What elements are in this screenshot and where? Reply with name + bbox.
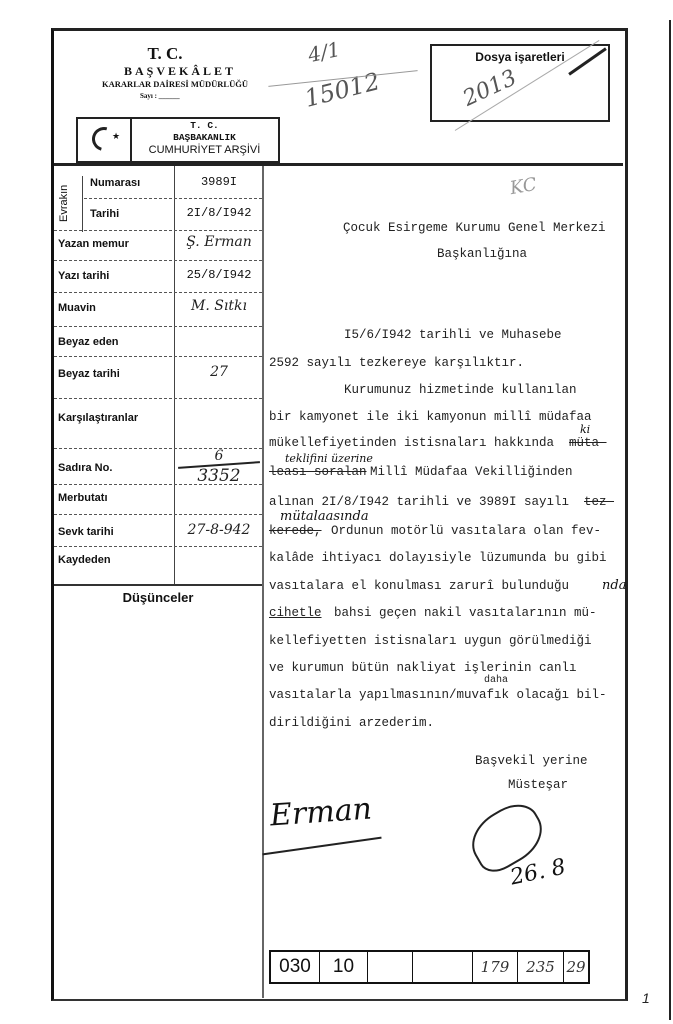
handwritten-insertion: ki (580, 423, 590, 436)
star-icon: ★ (112, 131, 120, 142)
form-label: Sevk tarihi (58, 526, 114, 538)
letter-line: I5/6/I942 tarihli ve Muhasebe (269, 328, 562, 342)
form-value: 27 (176, 364, 262, 380)
header-office: BAŞVEKÂLET (90, 64, 270, 79)
recipient-line-1: Çocuk Esirgeme Kurumu Genel Merkezi (343, 221, 606, 235)
page-number: 1 (642, 990, 650, 1006)
struck-text: leası soralan (269, 465, 367, 479)
form-label: Karşılaştıranlar (58, 412, 138, 424)
header-department: KARARLAR DAİRESİ MÜDÜRLÜĞÜ (80, 79, 270, 89)
header-sayi: Sayı : ______ (140, 92, 230, 100)
form-row-divider (54, 230, 262, 231)
signature-left: Erman (269, 791, 373, 833)
adjacent-page-edge (669, 20, 671, 1020)
stamp-line-3: CUMHURİYET ARŞİVİ (132, 144, 277, 156)
header-tc: T. C. (140, 44, 190, 64)
thoughts-divider (54, 584, 262, 586)
archive-code-cell: 235 (518, 952, 564, 982)
struck-text: kerede, (269, 524, 322, 538)
letter-line: Kurumunuz hizmetinde kullanılan (269, 383, 577, 397)
letter-line: kalâde ihtiyacı dolayısiyle lüzumunda bu… (269, 551, 607, 565)
typed-insertion: daha (484, 675, 508, 686)
letter-line: mükellefiyetinden istisnaları hakkında (269, 436, 554, 450)
form-value: 2I/8/I942 (176, 206, 262, 220)
form-value: 3989I (176, 175, 262, 189)
form-value: 27-8-942 (176, 522, 262, 538)
letter-line: ve kurumun bütün nakliyat işlerinin canl… (269, 661, 577, 675)
form-value: Ş. Erman (176, 234, 262, 250)
signoff-line-1: Başvekil yerine (475, 754, 588, 768)
archive-code-cell: 179 (473, 952, 518, 982)
form-label: Muavin (58, 302, 96, 314)
file-marks-handwriting: 2013 (459, 65, 520, 111)
form-label: Sadıra No. (58, 462, 112, 474)
letter-line: bahsi geçen nakil vasıtalarının mü- (334, 606, 597, 620)
form-label: Beyaz tarihi (58, 368, 120, 380)
handwritten-insertion: nda (602, 578, 626, 593)
handwritten-insertion: teklifini üzerine (285, 452, 373, 465)
form-value: 25/8/I942 (176, 268, 262, 282)
struck-text: müta- (569, 436, 607, 450)
letter-line: bir kamyonet ile iki kamyonun millî müda… (269, 410, 592, 424)
letter-line: vasıtalarla yapılmasının/muvafık olacağı… (269, 688, 607, 702)
form-row-divider (54, 514, 262, 515)
underlined-text: cihetle (269, 606, 322, 620)
thoughts-label: Düşünceler (58, 590, 258, 605)
form-value-bottom: 3352 (176, 466, 262, 486)
form-label: Yazı tarihi (58, 270, 109, 282)
form-label: Beyaz eden (58, 336, 119, 348)
form-row-divider (54, 448, 262, 449)
file-marks-box: Dosya işaretleri 2013 (430, 44, 610, 122)
emblem-box: ★ (78, 119, 132, 161)
stamp-line-2: BAŞBAKANLIK (132, 132, 277, 144)
letter-line: vasıtalara el konulması zarurî bulunduğu (269, 579, 569, 593)
struck-text: tez- (584, 495, 614, 509)
archive-stamp: ★ T. C. BAŞBAKANLIK CUMHURİYET ARŞİVİ (76, 117, 280, 163)
form-label: Yazan memur (58, 238, 129, 250)
evrakin-label: Evrakın (58, 185, 70, 222)
form-row-divider (54, 260, 262, 261)
archive-code-cell: 29 (564, 952, 588, 982)
form-label: Numarası (90, 177, 140, 189)
form-label: Tarihi (90, 208, 119, 220)
form-row-divider (84, 198, 262, 199)
handwritten-insertion: mütalaasında (280, 509, 369, 524)
archive-stamp-text: T. C. BAŞBAKANLIK CUMHURİYET ARŞİVİ (132, 120, 277, 156)
letter-line: 2592 sayılı tezkereye karşılıktır. (269, 356, 524, 370)
column-divider (262, 166, 264, 998)
letter-line: alınan 2I/8/I942 tarihli ve 3989I sayılı (269, 495, 569, 509)
form-row-divider (54, 292, 262, 293)
archive-code-cell (368, 952, 413, 982)
form-value-divider (174, 166, 175, 584)
form-row-divider (54, 546, 262, 547)
form-row-divider (54, 484, 262, 485)
form-row-divider (54, 326, 262, 327)
archive-code-cell (413, 952, 473, 982)
letter-line: kellefiyetten istisnaları uygun görülmed… (269, 634, 592, 648)
form-row-divider (54, 398, 262, 399)
recipient-line-2: Başkanlığına (437, 247, 527, 261)
letter-line: Ordunun motörlü vasıtalara olan fev- (331, 524, 601, 538)
form-label: Kaydeden (58, 554, 111, 566)
form-row-divider (54, 356, 262, 357)
header-divider (54, 163, 623, 166)
letter-line: dirildiğini arzederim. (269, 716, 434, 730)
form-label: Merbutatı (58, 492, 108, 504)
form-value: M. Sıtkı (176, 298, 262, 314)
stamp-line-1: T. C. (132, 120, 277, 132)
signoff-line-2: Müsteşar (508, 778, 568, 792)
evrakin-divider (82, 176, 83, 232)
archive-code-cell: 030 (271, 952, 320, 982)
archive-code-box: 0301017923529 (269, 950, 590, 984)
file-marks-label: Dosya işaretleri (432, 50, 608, 64)
letter-line: Millî Müdafaa Vekilliğinden (370, 465, 573, 479)
archive-code-cell: 10 (320, 952, 368, 982)
